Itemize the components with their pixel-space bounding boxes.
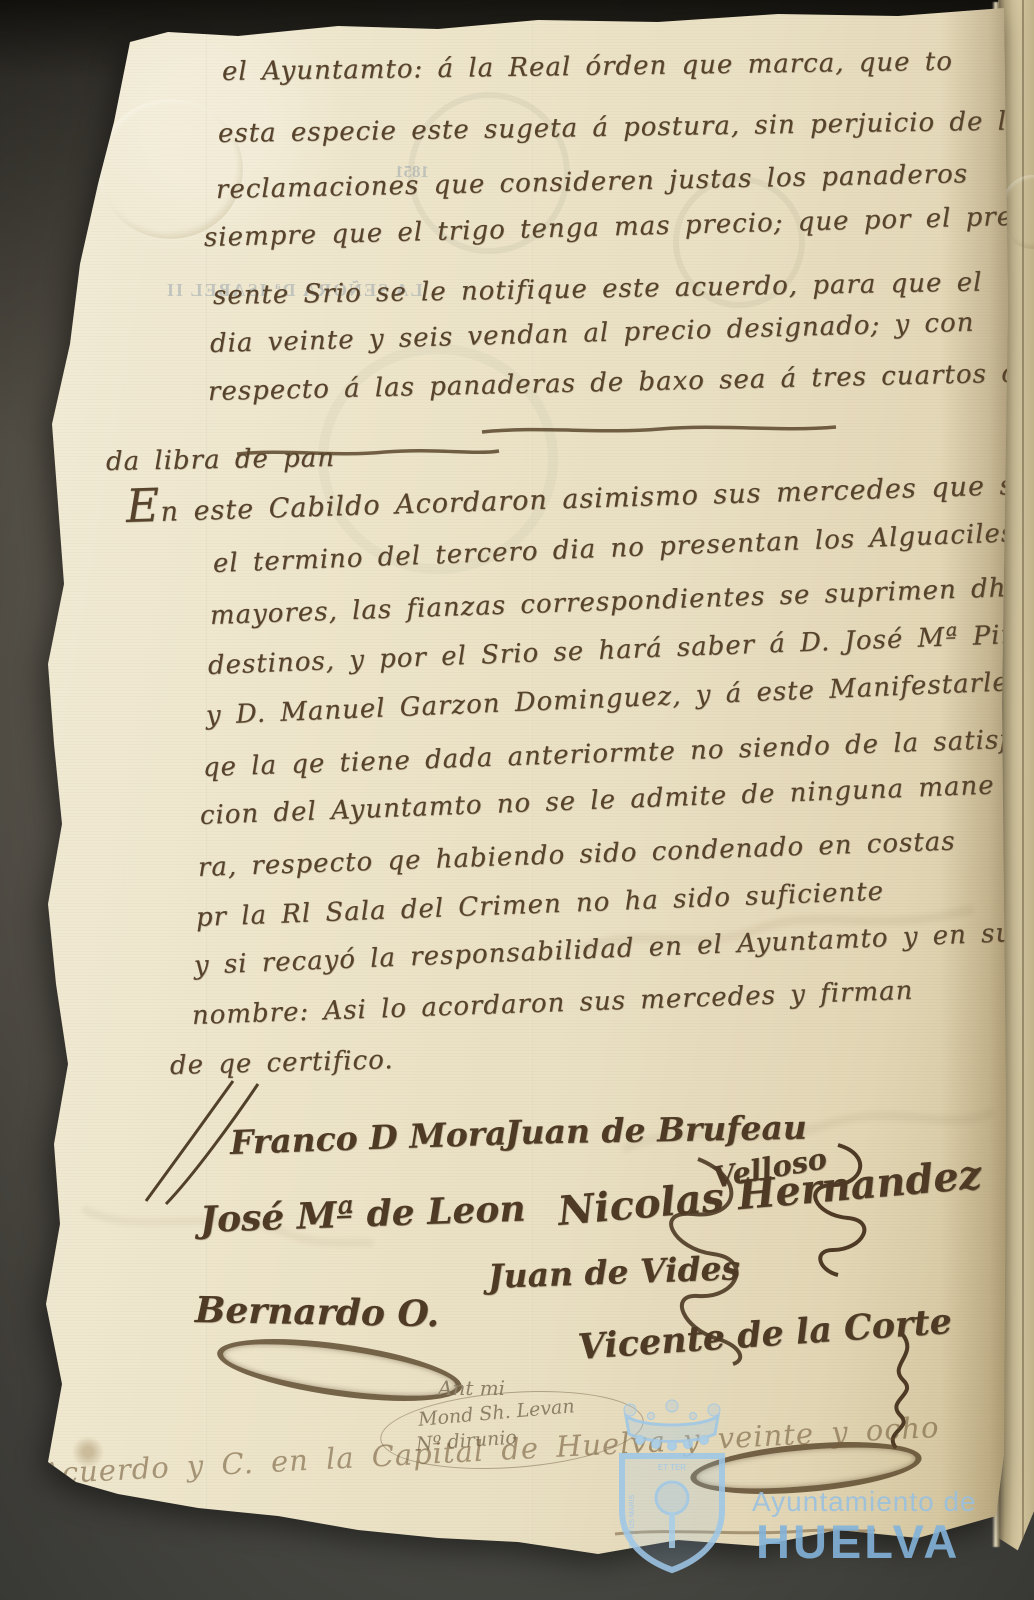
motto-left-text: PORTUS MARIS <box>629 1495 636 1548</box>
huelva-coat-of-arms: ET TER PORTUS MARIS <box>612 1398 732 1578</box>
manuscript-line: y D. Manuel Garzon Dominguez, y á este M… <box>205 668 1009 732</box>
signature: Juan de Brufeau <box>505 1111 807 1149</box>
manuscript-line: respecto á las panaderas de baxo sea á t… <box>208 359 1034 408</box>
manuscript-line: dia veinte y seis vendan al precio desig… <box>210 309 975 360</box>
watermark-huelva: HUELVA <box>756 1514 960 1569</box>
flourish-rule <box>480 422 840 438</box>
signature: Bernardo O. <box>195 1292 440 1332</box>
manuscript-line: siempre que el trigo tenga mas precio; q… <box>204 203 1014 254</box>
crown <box>624 1400 720 1451</box>
signature: José Mª de Leon <box>199 1191 526 1238</box>
manuscript-line: sente Srio se le notifique este acuerdo,… <box>213 269 983 312</box>
rubric-loops <box>628 1154 778 1369</box>
signature: Franco D Mora <box>229 1116 507 1159</box>
manuscript-line: esta especie este sugeta á postura, sin … <box>218 107 1034 150</box>
manuscript-line: el termino del tercero dia no presentan … <box>212 519 1015 580</box>
manuscript-line: reclamaciones que consideren justas los … <box>216 160 969 206</box>
motto-banner-text: ET TER <box>658 1463 686 1472</box>
manuscript-sheet-wrap: 1851 LA SEÑORA Dª ISABEL II el Ayuntamto… <box>18 4 1010 1576</box>
archival-photo-scene: { "manuscript": { "lines": [ "el Ayuntam… <box>0 0 1034 1600</box>
flourish-rule <box>235 446 503 460</box>
manuscript-line: el Ayuntamto: á la Real órden que marca,… <box>222 48 953 88</box>
manuscript-sheet: 1851 LA SEÑORA Dª ISABEL II el Ayuntamto… <box>18 4 1010 1576</box>
tree-canopy <box>656 1482 688 1514</box>
manuscript-line: cion del Ayuntamto no se le admite de ni… <box>199 771 995 831</box>
rubric-loops <box>778 1140 888 1280</box>
tree-trunk <box>669 1512 675 1548</box>
ink-quill-stroke <box>214 1327 466 1413</box>
manuscript-line: ra, respecto qe habiendo sido condenado … <box>197 828 956 884</box>
manuscript-line: nombre: Asi lo acordaron sus mercedes y … <box>191 977 913 1032</box>
